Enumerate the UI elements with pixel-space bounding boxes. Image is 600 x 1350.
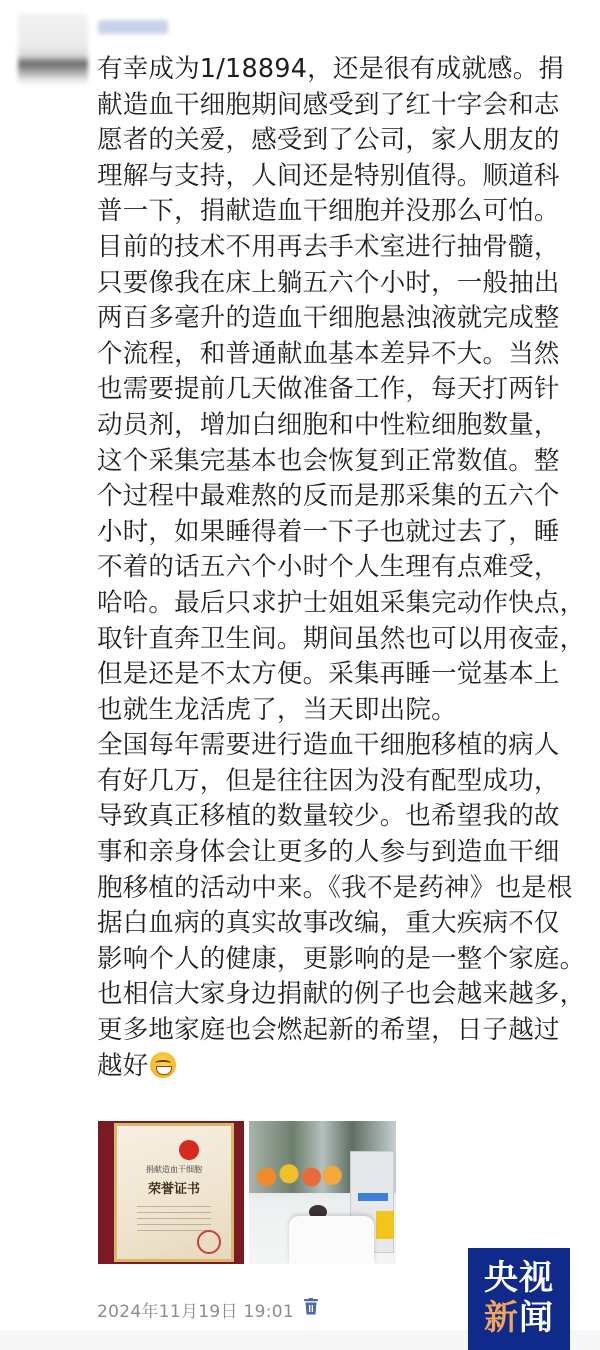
post-text-line: 只要像我在床上躺五六个小时，一般抽出 bbox=[97, 266, 577, 302]
hospital-bed bbox=[289, 1216, 374, 1264]
certificate-subtitle: 荣誉证书 bbox=[117, 1178, 231, 1197]
post-author-name[interactable] bbox=[98, 20, 168, 34]
post-text-line: 理解与支持，人间还是特别值得。顺道科 bbox=[97, 159, 577, 195]
post-text-line: 这个采集完基本也会恢复到正常数值。整 bbox=[97, 444, 577, 480]
cctv-news-watermark-logo: 央视 新闻 bbox=[468, 1248, 570, 1350]
post-text-line: 取针直奔卫生间。期间虽然也可以用夜壶， bbox=[97, 622, 577, 658]
post-text-line: 两百多毫升的造血干细胞悬浊液就完成整 bbox=[97, 301, 577, 337]
trash-icon[interactable] bbox=[304, 1298, 318, 1315]
post-text-line: 小时，如果睡得着一下子也就过去了，睡 bbox=[97, 515, 577, 551]
post-text-line: 不着的话五六个小时个人生理有点难受， bbox=[97, 550, 577, 586]
certificate-body-text bbox=[137, 1206, 211, 1236]
post-text-line: 哈哈。最后只求护士姐姐采集完动作快点， bbox=[97, 586, 577, 622]
post-body: 有幸成为1/18894，还是很有成就感。捐 献造血干细胞期间感受到了红十字会和志… bbox=[97, 52, 577, 1084]
official-seal-icon bbox=[197, 1230, 221, 1254]
hospital-bed-photo[interactable] bbox=[249, 1121, 396, 1264]
post-text-line-last: 越好 bbox=[97, 1049, 577, 1085]
post-text-line: 胞移植的活动中来。《我不是药神》也是根 bbox=[97, 871, 577, 907]
post-text-line: 目前的技术不用再去手术室进行抽骨髓， bbox=[97, 230, 577, 266]
post-text-line: 有幸成为1/18894，还是很有成就感。捐 bbox=[97, 52, 577, 88]
post-text-line: 献造血干细胞期间感受到了红十字会和志 bbox=[97, 88, 577, 124]
post-text-line: 更多地家庭也会燃起新的希望，日子越过 bbox=[97, 1013, 577, 1049]
watermark-accent-char: 新 bbox=[484, 1298, 519, 1338]
post-text-line: 事和亲身体会让更多的人参与到造血干细 bbox=[97, 835, 577, 871]
red-cross-flower-logo-icon bbox=[179, 1140, 199, 1160]
post-text-line: 普一下，捐献造血干细胞并没那么可怕。 bbox=[97, 194, 577, 230]
post-text-line: 导致真正移植的数量较少。也希望我的故 bbox=[97, 799, 577, 835]
machine-tray bbox=[358, 1193, 388, 1201]
post-text-line: 个流程，和普通献血基本差异不大。当然 bbox=[97, 337, 577, 373]
certificate-photo[interactable]: 捐献造血干细胞 荣誉证书 bbox=[98, 1121, 244, 1264]
post-text-line: 愿者的关爱，感受到了公司，家人朋友的 bbox=[97, 123, 577, 159]
grinning-face-emoji-icon bbox=[150, 1052, 176, 1078]
post-text-line: 动员剂，增加白细胞和中性粒细胞数量， bbox=[97, 408, 577, 444]
post-timestamp: 2024年11月19日 19:01 bbox=[97, 1297, 294, 1322]
flower-bouquets bbox=[253, 1161, 343, 1193]
post-text-line: 也需要提前几天做准备工作，每天打两针 bbox=[97, 372, 577, 408]
post-text-line: 也相信大家身边捐献的例子也会越来越多， bbox=[97, 977, 577, 1013]
certificate-title: 捐献造血干细胞 bbox=[117, 1164, 231, 1175]
post-avatar[interactable] bbox=[18, 14, 88, 84]
certificate-paper: 捐献造血干细胞 荣誉证书 bbox=[114, 1123, 234, 1262]
watermark-line1: 央视 bbox=[468, 1258, 570, 1298]
watermark-line2: 新闻 bbox=[468, 1298, 570, 1338]
yellow-bin bbox=[376, 1211, 394, 1239]
post-text-line: 据白血病的真实故事改编，重大疾病不仅 bbox=[97, 906, 577, 942]
post-text-line: 越好 bbox=[97, 1051, 148, 1081]
post-text-line: 个过程中最难熬的反而是那采集的五六个 bbox=[97, 479, 577, 515]
watermark-rest-char: 闻 bbox=[519, 1298, 554, 1338]
post-text-line: 影响个人的健康，更影响的是一整个家庭。 bbox=[97, 942, 577, 978]
post-text-line: 但是还是不太方便。采集再睡一觉基本上 bbox=[97, 657, 577, 693]
post-text-line: 有好几万，但是往往因为没有配型成功， bbox=[97, 764, 577, 800]
post-text-line: 也就生龙活虎了，当天即出院。 bbox=[97, 693, 577, 729]
post-text-line: 全国每年需要进行造血干细胞移植的病人 bbox=[97, 728, 577, 764]
